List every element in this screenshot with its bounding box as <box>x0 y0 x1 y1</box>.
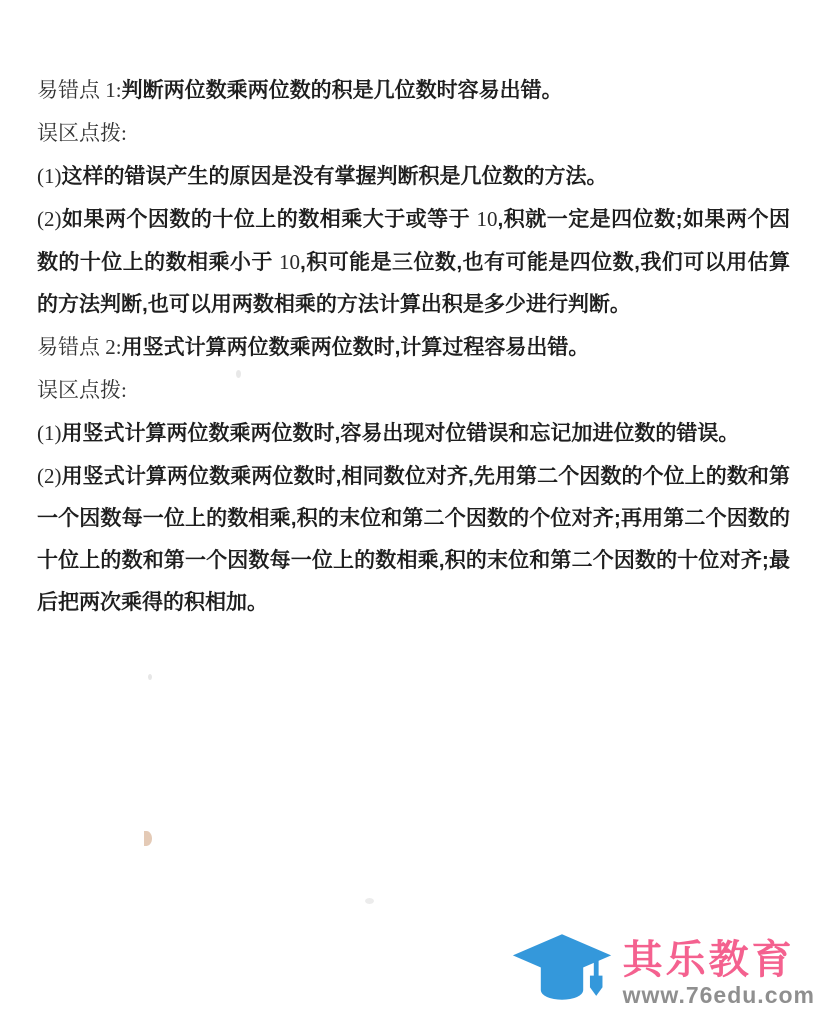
text-segment-label: 误区点拨: <box>37 378 127 402</box>
text-segment-bold: 这样的错误产生的原因是没有掌握判断积是几位数的方法。 <box>62 165 608 188</box>
text-segment-num: (2) <box>37 207 62 231</box>
text-segment-num: 10 <box>476 207 497 231</box>
pitfall-1-item-2: (2)如果两个因数的十位上的数相乘大于或等于 10,积就一定是四位数;如果两个因… <box>37 198 790 326</box>
text-segment-bold: 用竖式计算两位数乘两位数时,容易出现对位错误和忘记加进位数的错误。 <box>62 422 740 445</box>
document-text-block: 易错点 1:判断两位数乘两位数的积是几位数时容易出错。误区点拨:(1)这样的错误… <box>37 69 790 624</box>
text-segment-label: 易错点 2: <box>37 335 122 359</box>
text-segment-num: (1) <box>37 164 62 188</box>
pitfall-2-item-1: (1)用竖式计算两位数乘两位数时,容易出现对位错误和忘记加进位数的错误。 <box>37 412 790 455</box>
error-point-2: 易错点 2:用竖式计算两位数乘两位数时,计算过程容易出错。 <box>37 326 790 369</box>
text-segment-num: (1) <box>37 421 62 445</box>
scan-smudge <box>365 898 374 904</box>
pitfall-1-item-1: (1)这样的错误产生的原因是没有掌握判断积是几位数的方法。 <box>37 155 790 198</box>
graduation-cap-icon <box>509 926 615 1008</box>
scan-smudge <box>144 831 152 846</box>
error-point-1: 易错点 1:判断两位数乘两位数的积是几位数时容易出错。 <box>37 69 790 112</box>
text-segment-label: 易错点 1: <box>37 78 122 102</box>
text-segment-bold: 用竖式计算两位数乘两位数时,计算过程容易出错。 <box>122 336 590 359</box>
scan-smudge <box>148 674 152 680</box>
text-segment-num: 10 <box>279 250 300 274</box>
text-segment-bold: 用竖式计算两位数乘两位数时,相同数位对齐,先用第二个因数的个位上的数和第一个因数… <box>37 465 790 614</box>
text-segment-label: 误区点拨: <box>37 121 127 145</box>
pitfall-2-item-2: (2)用竖式计算两位数乘两位数时,相同数位对齐,先用第二个因数的个位上的数和第一… <box>37 455 790 624</box>
pitfall-heading-1: 误区点拨: <box>37 112 790 155</box>
text-segment-bold: 如果两个因数的十位上的数相乘大于或等于 <box>62 208 477 231</box>
brand-watermark: 其乐教育 www.76edu.com <box>509 926 815 1008</box>
pitfall-heading-2: 误区点拨: <box>37 369 790 412</box>
brand-url: www.76edu.com <box>623 982 815 1008</box>
text-segment-bold: 判断两位数乘两位数的积是几位数时容易出错。 <box>122 79 563 102</box>
text-segment-num: (2) <box>37 464 62 488</box>
brand-text-column: 其乐教育 www.76edu.com <box>623 938 815 1008</box>
brand-name: 其乐教育 <box>623 938 795 982</box>
